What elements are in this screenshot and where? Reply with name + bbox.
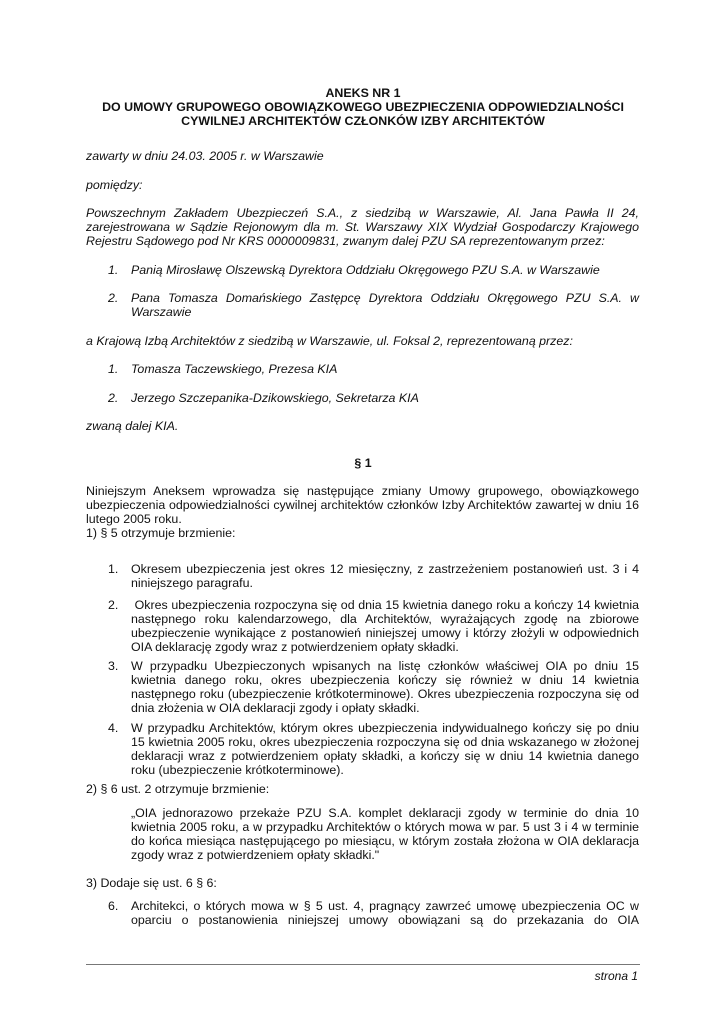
change2-text: „OIA jednorazowo przekaże PZU S.A. kompl…: [131, 806, 639, 862]
title-line-1: ANEKS NR 1: [86, 86, 640, 100]
document-page: ANEKS NR 1 DO UMOWY GRUPOWEGO OBOWIĄZKOW…: [0, 0, 724, 1024]
party1-rep-2-number: 2.: [108, 291, 118, 305]
change1-item-3-number: 3.: [108, 659, 118, 673]
change1-label: 1) § 5 otrzymuje brzmienie:: [86, 526, 639, 540]
title-line-2: DO UMOWY GRUPOWEGO OBOWIĄZKOWEGO UBEZPIE…: [86, 100, 640, 114]
change2-label: 2) § 6 ust. 2 otrzymuje brzmienie:: [86, 782, 639, 796]
change1-item-3-text: W przypadku Ubezpieczonych wpisanych na …: [131, 659, 639, 715]
change1-item-1-number: 1.: [108, 562, 118, 576]
party1-rep-2-text: Pana Tomasza Domańskiego Zastępcę Dyrekt…: [131, 291, 639, 319]
party2-alias: zwaną dalej KIA.: [86, 419, 639, 433]
change3-item-6-text: Architekci, o których mowa w § 5 ust. 4,…: [131, 899, 639, 927]
change1-item-2-text: Okres ubezpieczenia rozpoczyna się od dn…: [131, 598, 639, 654]
page-number: strona 1: [595, 969, 638, 983]
document-title: ANEKS NR 1 DO UMOWY GRUPOWEGO OBOWIĄZKOW…: [86, 86, 640, 128]
change1-item-4-number: 4.: [108, 721, 118, 735]
footer-divider: [86, 964, 640, 965]
section-heading: § 1: [86, 456, 640, 470]
section-intro: Niniejszym Aneksem wprowadza się następu…: [86, 484, 639, 526]
between-label: pomiędzy:: [86, 178, 639, 192]
date-line: zawarty w dniu 24.03. 2005 r. w Warszawi…: [86, 149, 639, 163]
change3-label: 3) Dodaje się ust. 6 § 6:: [86, 876, 639, 890]
party2-rep-1-number: 1.: [108, 362, 118, 376]
party2-rep-1-text: Tomasza Taczewskiego, Prezesa KIA: [131, 362, 337, 376]
title-line-3: CYWILNEJ ARCHITEKTÓW CZŁONKÓW IZBY ARCHI…: [86, 114, 640, 128]
change3-item-6-number: 6.: [108, 899, 118, 913]
party2-description: a Krajową Izbą Architektów z siedzibą w …: [86, 334, 639, 348]
party2-rep-2-number: 2.: [108, 391, 118, 405]
party1-description: Powszechnym Zakładem Ubezpieczeń S.A., z…: [86, 206, 639, 248]
party1-rep-1-number: 1.: [108, 263, 118, 277]
party1-rep-1-text: Panią Mirosławę Olszewską Dyrektora Oddz…: [131, 263, 639, 277]
change1-item-4-text: W przypadku Architektów, którym okres ub…: [131, 721, 639, 777]
change1-item-1-text: Okresem ubezpieczenia jest okres 12 mies…: [131, 562, 639, 590]
party2-rep-2-text: Jerzego Szczepanika-Dzikowskiego, Sekret…: [131, 391, 419, 405]
change1-item-2-number: 2.: [108, 598, 118, 612]
